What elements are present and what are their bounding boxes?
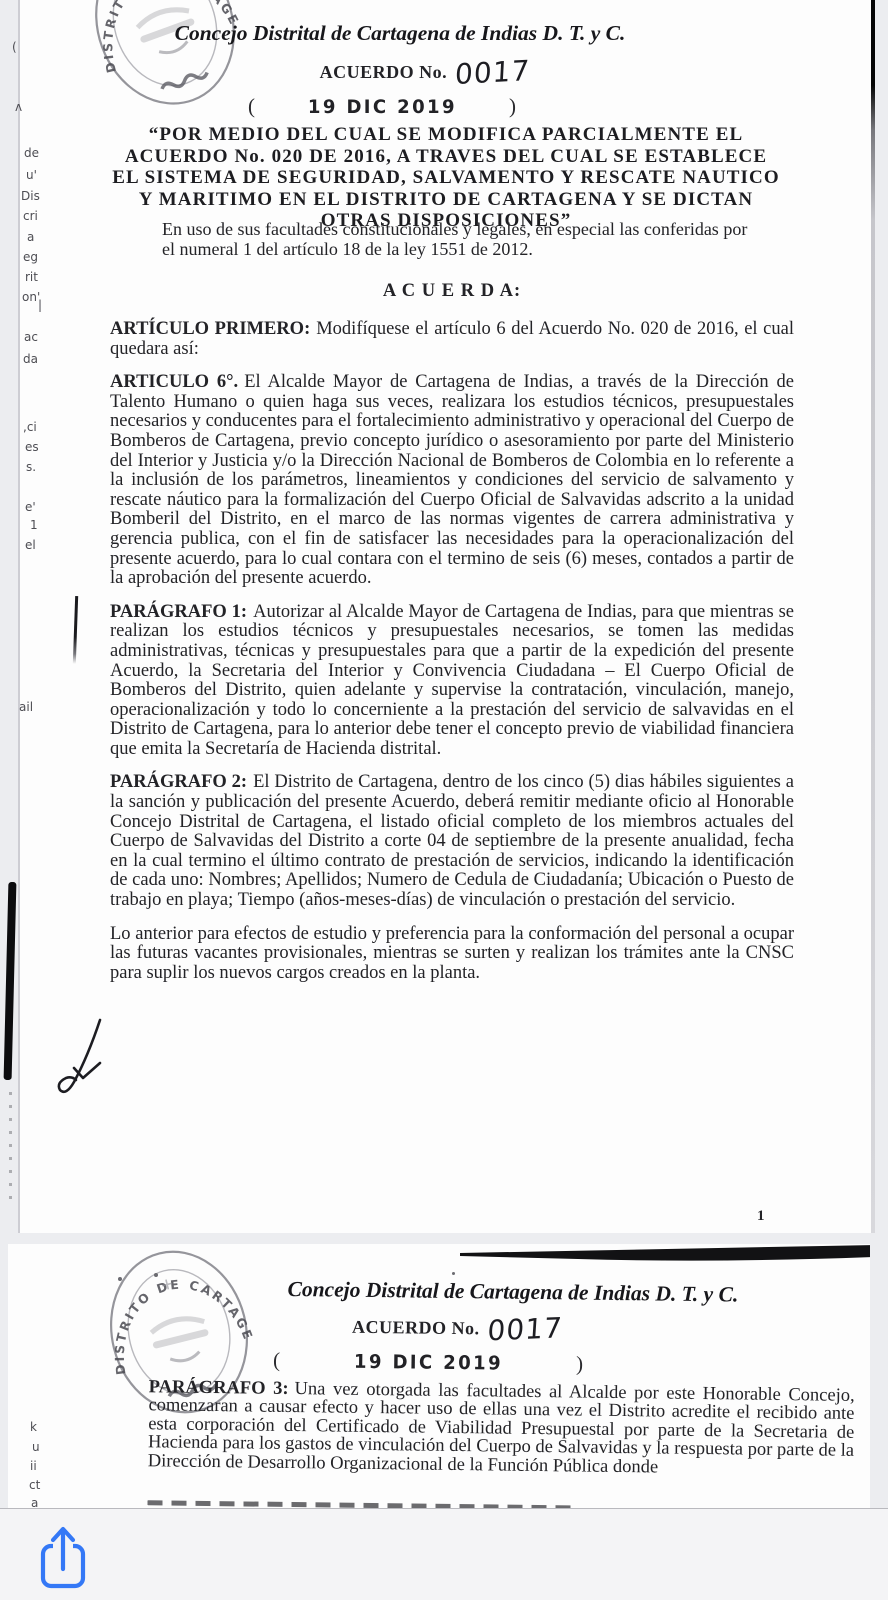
acuerdo-label: ACUERDO No. — [320, 56, 448, 83]
close-paren: ) — [509, 94, 516, 119]
articulo-primero: ARTÍCULO PRIMERO:Modifíquese el artículo… — [110, 320, 794, 359]
articulo-6: ARTICULO 6°.El Alcalde Mayor de Cartagen… — [110, 373, 794, 589]
margin-text-fragment: rit — [25, 270, 38, 284]
scan-artifact-specks — [9, 1092, 12, 1204]
article-text: El Alcalde Mayor de Cartagena de Indias,… — [110, 372, 794, 588]
acuerdo-line: ACUERDO No. 0017 — [275, 56, 575, 89]
paragrafo-3: PARÁGRAFO 3:Una vez otorgada las faculta… — [148, 1378, 855, 1479]
page-left-edge — [18, 0, 20, 1233]
scan-artifact-stroke — [73, 596, 78, 664]
page-number: 1 — [757, 1208, 765, 1225]
date-stamp: 19 DIC 2019 — [353, 1350, 502, 1374]
margin-text-fragment: u' — [26, 168, 37, 182]
margin-text-fragment: Dis — [21, 189, 40, 203]
paragrafo-1: PARÁGRAFO 1:Autorizar al Alcalde Mayor d… — [110, 603, 794, 760]
open-paren: ( — [273, 1348, 280, 1373]
closing-note: Lo anterior para efectos de estudio y pr… — [110, 925, 794, 984]
margin-text-fragment: ac — [24, 330, 38, 344]
preamble: En uso de sus facultades constitucionale… — [162, 220, 752, 259]
org-title: Concejo Distrital de Cartagena de Indias… — [120, 20, 680, 46]
scan-artifact-bar — [4, 882, 17, 1080]
article-text: Lo anterior para efectos de estudio y pr… — [110, 924, 794, 983]
article-label: PARÁGRAFO 2: — [110, 772, 247, 792]
article-text: Autorizar al Alcalde Mayor de Cartagena … — [110, 602, 794, 759]
margin-text-fragment: ail — [19, 700, 33, 714]
date-line: ( 19 DIC 2019 ) — [248, 94, 516, 119]
decree-title: “POR MEDIO DEL CUAL SE MODIFICA PARCIALM… — [112, 124, 780, 232]
margin-text-fragment: e' — [25, 500, 36, 514]
margin-text-fragment: a — [27, 230, 34, 244]
margin-text-fragment: ,ci — [23, 420, 37, 434]
page-right-edge — [871, 0, 875, 1233]
margin-text-fragment: el — [25, 538, 36, 552]
scanned-page-1: DISTRITO DE CARTAGENA DE INDIAS Concejo … — [20, 0, 872, 1233]
article-label: ARTICULO 6°. — [110, 372, 238, 392]
article-body: ARTÍCULO PRIMERO:Modifíquese el artículo… — [110, 320, 794, 997]
article-label: PARÁGRAFO 1: — [110, 602, 247, 622]
margin-text-fragment: | — [38, 298, 42, 312]
margin-text-fragment: de — [24, 146, 39, 160]
margin-text-fragment: ii — [30, 1459, 37, 1473]
acuerdo-label: ACUERDO No. — [352, 1311, 480, 1340]
acuerda-heading: A C U E R D A: — [110, 281, 794, 302]
margin-text-fragment: ( — [12, 40, 17, 54]
acuerdo-line: ACUERDO No. 0017 — [307, 1310, 607, 1347]
margin-text-fragment: cri — [23, 209, 38, 223]
article-text: El Distrito de Cartagena, dentro de los … — [110, 772, 794, 910]
margin-text-fragment: s. — [26, 460, 36, 474]
margin-text-fragment: ct — [29, 1478, 40, 1492]
margin-text-fragment: es — [25, 440, 39, 454]
close-paren: ) — [576, 1351, 583, 1376]
margin-text-fragment: 1 — [30, 518, 38, 532]
bottom-toolbar — [0, 1508, 888, 1600]
acuerdo-number-handwritten: 0017 — [487, 1311, 564, 1347]
date-stamp: 19 DIC 2019 — [307, 96, 456, 118]
scanned-page-2: DISTRITO DE CARTAGENA DE INDIAS Concejo … — [8, 1244, 870, 1508]
acuerdo-number-handwritten: 0017 — [454, 54, 531, 91]
margin-text-fragment: ʌ — [15, 100, 22, 114]
org-title: Concejo Distrital de Cartagena de Indias… — [248, 1275, 778, 1307]
open-paren: ( — [248, 94, 255, 119]
cutoff-text-line — [147, 1500, 579, 1508]
margin-text-fragment: eg — [23, 250, 38, 264]
margin-text-fragment: k — [30, 1420, 37, 1434]
margin-text-fragment: da — [23, 352, 38, 366]
article-label: ARTÍCULO PRIMERO: — [110, 319, 310, 339]
page2-content: Concejo Distrital de Cartagena de Indias… — [8, 1244, 870, 1508]
handwritten-checkmark — [52, 1016, 112, 1108]
margin-text-fragment: u — [32, 1440, 40, 1454]
paragrafo-2: PARÁGRAFO 2:El Distrito de Cartagena, de… — [110, 773, 794, 910]
share-button[interactable] — [36, 1523, 90, 1594]
share-icon — [36, 1523, 90, 1591]
date-line: ( 19 DIC 2019 ) — [273, 1348, 583, 1377]
